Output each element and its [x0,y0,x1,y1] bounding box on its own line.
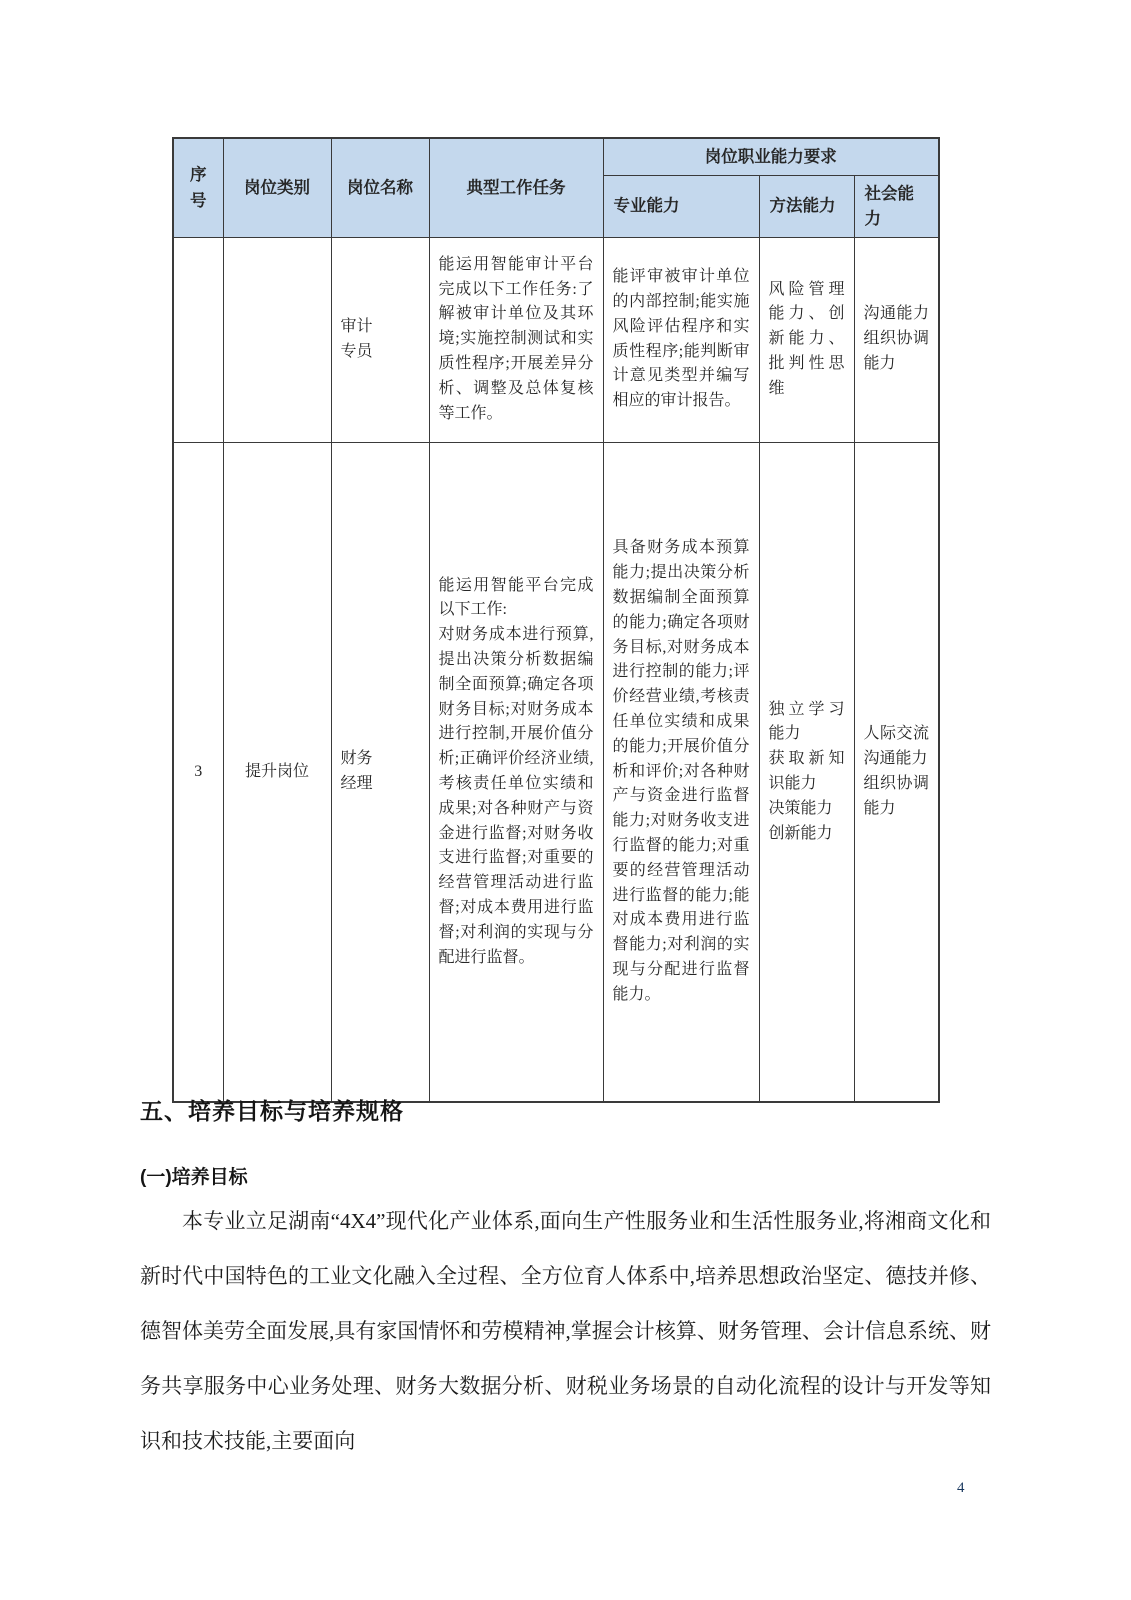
subsection-heading: (一)培养目标 [140,1162,248,1189]
header-position: 岗位名称 [331,138,429,237]
cell-tasks: 能运用智能平台完成以下工作: 对财务成本进行预算,提出决策分析数据编制全面预算;… [429,442,603,1102]
header-category: 岗位类别 [223,138,331,237]
header-social: 社会能力 [854,175,939,237]
page-number: 4 [957,1480,965,1497]
job-ability-table: 序号 岗位类别 岗位名称 典型工作任务 岗位职业能力要求 专业能力 方法能力 社… [172,137,940,1103]
table-row-auditor: 审计 专员 能运用智能审计平台完成以下工作任务:了解被审计单位及其环境;实施控制… [173,237,939,442]
document-page: 序号 岗位类别 岗位名称 典型工作任务 岗位职业能力要求 专业能力 方法能力 社… [0,0,1131,1600]
section-heading: 五、培养目标与培养规格 [140,1093,404,1126]
cell-category [223,237,331,442]
table-header-row-1: 序号 岗位类别 岗位名称 典型工作任务 岗位职业能力要求 [173,138,939,175]
table-row-finance-manager: 3 提升岗位 财务 经理 能运用智能平台完成以下工作: 对财务成本进行预算,提出… [173,442,939,1102]
cell-method: 风险管理能力、创新能力、批判性思维 [759,237,854,442]
cell-social: 人际交流沟通能力 组织协调能力 [854,442,939,1102]
body-paragraph: 本专业立足湖南“4X4”现代化产业体系,面向生产性服务业和生活性服务业,将湘商文… [140,1194,991,1469]
header-method: 方法能力 [759,175,854,237]
header-seq: 序号 [173,138,223,237]
cell-method: 独立学习能力 获取新知识能力 决策能力 创新能力 [759,442,854,1102]
cell-seq [173,237,223,442]
cell-position: 财务 经理 [331,442,429,1102]
header-ability-group: 岗位职业能力要求 [603,138,939,175]
header-tasks: 典型工作任务 [429,138,603,237]
header-professional: 专业能力 [603,175,759,237]
cell-seq: 3 [173,442,223,1102]
cell-position: 审计 专员 [331,237,429,442]
cell-category: 提升岗位 [223,442,331,1102]
cell-professional: 能评审被审计单位的内部控制;能实施风险评估程序和实质性程序;能判断审计意见类型并… [603,237,759,442]
cell-social: 沟通能力组织协调能力 [854,237,939,442]
cell-professional: 具备财务成本预算能力;提出决策分析数据编制全面预算的能力;确定各项财务目标,对财… [603,442,759,1102]
cell-tasks: 能运用智能审计平台完成以下工作任务:了解被审计单位及其环境;实施控制测试和实质性… [429,237,603,442]
